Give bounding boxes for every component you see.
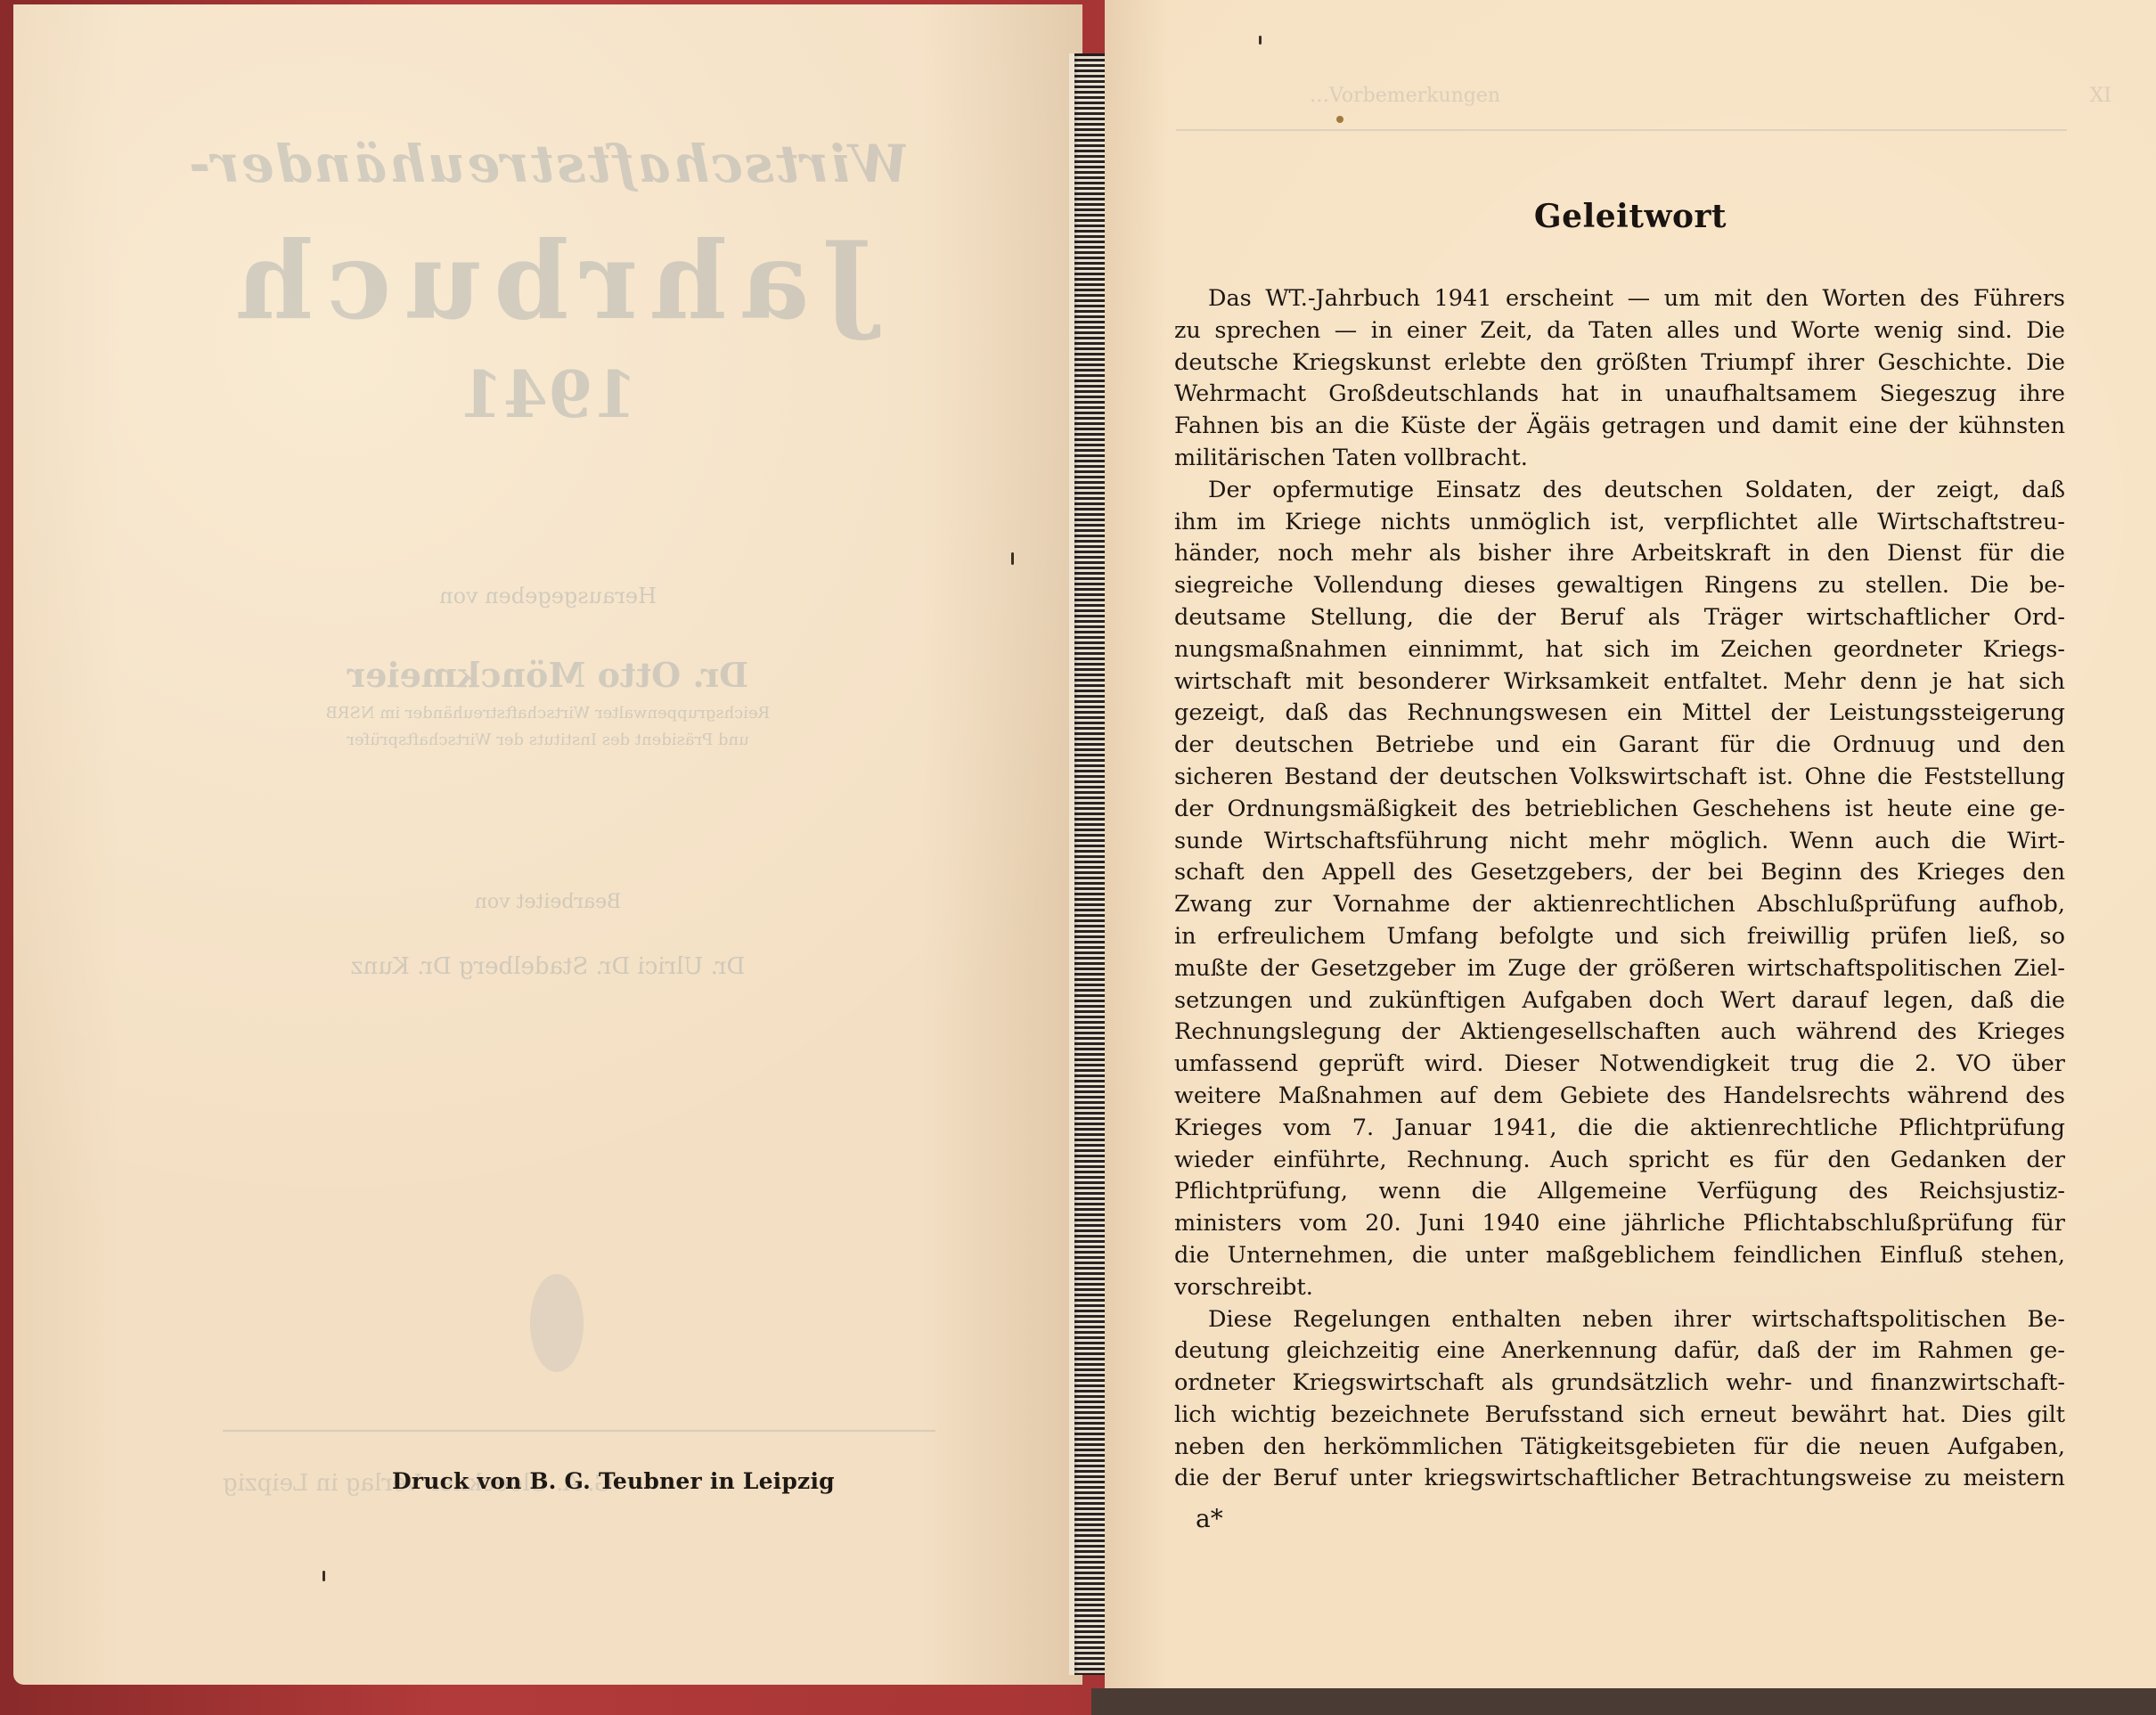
text-line: Krieges vom 7. Januar 1941, die die akti… <box>1174 1113 2065 1145</box>
text-line: siegreiche Vollendung dieses gewaltigen … <box>1174 570 2065 602</box>
show-through-header-left: …Vorbemerkungen <box>1310 85 1500 107</box>
text-line: ordneter Kriegswirtschaft als grundsätzl… <box>1174 1368 2065 1400</box>
text-line: Rechnungslegung der Aktiengesellschaften… <box>1174 1017 2065 1049</box>
show-through-year: 1941 <box>13 356 1082 432</box>
show-through-publisher-logo-icon <box>530 1274 584 1372</box>
paper-stain <box>1336 116 1343 123</box>
text-line: der Ordnungsmäßigkeit des betrieblichen … <box>1174 794 2065 826</box>
paper-speck <box>1011 552 1014 565</box>
text-line: sicheren Bestand der deutschen Volkswirt… <box>1174 762 2065 794</box>
text-line: vorschreibt. <box>1174 1272 2065 1304</box>
show-through-editor-label: Herausgegeben von <box>13 584 1082 608</box>
text-line: schaft den Appell des Gesetzgebers, der … <box>1174 857 2065 889</box>
show-through-contributors-label: Bearbeitet von <box>13 891 1082 913</box>
text-line: deutung gleichzeitig eine Anerkennung da… <box>1174 1335 2065 1368</box>
page-title: Geleitwort <box>1105 198 2156 235</box>
show-through-editor-title-1: Reichsgruppenwalter Wirtschaftstreuhände… <box>13 704 1082 723</box>
paper-speck <box>323 1571 325 1581</box>
text-line: wirtschaft mit besonderer Wirksamkeit en… <box>1174 666 2065 698</box>
text-line: neben den herkömmlichen Tätigkeitsgebiet… <box>1174 1432 2065 1464</box>
foreword-body-text: Das WT.-Jahrbuch 1941 erscheint — um mit… <box>1174 283 2065 1495</box>
text-line: weitere Maßnahmen auf dem Gebiete des Ha… <box>1174 1081 2065 1113</box>
text-line: setzungen und zukünftigen Aufgaben doch … <box>1174 985 2065 1017</box>
show-through-contributors: Dr. Ulrici Dr. Stadelberg Dr. Kunz <box>13 953 1082 980</box>
show-through-rule <box>223 1430 935 1432</box>
text-line: Zwang zur Vornahme der aktienrechtlichen… <box>1174 889 2065 921</box>
show-through-page-number: XI <box>2090 85 2111 107</box>
text-line: die der Beruf unter kriegswirtschaftlich… <box>1174 1463 2065 1495</box>
text-line: die Unternehmen, die unter maßgeblichem … <box>1174 1240 2065 1272</box>
signature-mark: a* <box>1196 1504 1223 1533</box>
book-spread-scan: Wirtschaftstreuhänder- Jahrbuch 1941 Her… <box>0 0 2156 1715</box>
text-line: deutsche Kriegskunst erlebte den größten… <box>1174 347 2065 380</box>
text-line: Diese Regelungen enthalten neben ihrer w… <box>1174 1304 2065 1336</box>
show-through-editor-name: Dr. Otto Mönckmeier <box>13 655 1082 695</box>
text-line: händer, noch mehr als bisher ihre Arbeit… <box>1174 538 2065 570</box>
show-through-header-rule <box>1176 129 2067 131</box>
text-line: in erfreulichem Umfang befolgte und sich… <box>1174 921 2065 953</box>
text-line: Das WT.-Jahrbuch 1941 erscheint — um mit… <box>1174 283 2065 315</box>
text-line: sunde Wirtschaftsführung nicht mehr mögl… <box>1174 826 2065 858</box>
text-line: umfassend geprüft wird. Dieser Notwendig… <box>1174 1049 2065 1081</box>
text-line: nungsmaßnahmen einnimmt, hat sich im Zei… <box>1174 634 2065 666</box>
text-line: wieder einführte, Rechnung. Auch spricht… <box>1174 1145 2065 1177</box>
text-line: ihm im Kriege nichts unmöglich ist, verp… <box>1174 507 2065 539</box>
text-line: mußte der Gesetzgeber im Zuge der größer… <box>1174 953 2065 985</box>
paper-speck <box>1259 36 1262 45</box>
text-line: gezeigt, daß das Rechnungswesen ein Mitt… <box>1174 698 2065 730</box>
text-line: ministers vom 20. Juni 1940 eine jährlic… <box>1174 1208 2065 1240</box>
text-line: Pflichtprüfung, wenn die Allgemeine Verf… <box>1174 1176 2065 1208</box>
text-line: lich wichtig bezeichnete Berufsstand sic… <box>1174 1400 2065 1432</box>
text-line: militärischen Taten vollbracht. <box>1174 443 2065 475</box>
text-line: Fahnen bis an die Küste der Ägäis getrag… <box>1174 411 2065 443</box>
text-line: Der opfermutige Einsatz des deutschen So… <box>1174 475 2065 507</box>
scan-background-edge <box>1091 1688 2156 1715</box>
show-through-title-line: Wirtschaftstreuhänder- <box>13 134 1082 194</box>
text-line: deutsame Stellung, die der Beruf als Trä… <box>1174 602 2065 634</box>
show-through-editor-title-2: und Präsident des Instituts der Wirtscha… <box>13 731 1082 749</box>
printer-imprint: Druck von B. G. Teubner in Leipzig <box>392 1468 835 1494</box>
text-line: der deutschen Betriebe und ein Garant fü… <box>1174 730 2065 762</box>
text-line: zu sprechen — in einer Zeit, da Taten al… <box>1174 315 2065 347</box>
text-line: Wehrmacht Großdeutschlands hat in unaufh… <box>1174 379 2065 411</box>
show-through-running-header: …Vorbemerkungen XI <box>1310 85 2111 107</box>
show-through-title-main: Jahrbuch <box>13 218 1082 344</box>
